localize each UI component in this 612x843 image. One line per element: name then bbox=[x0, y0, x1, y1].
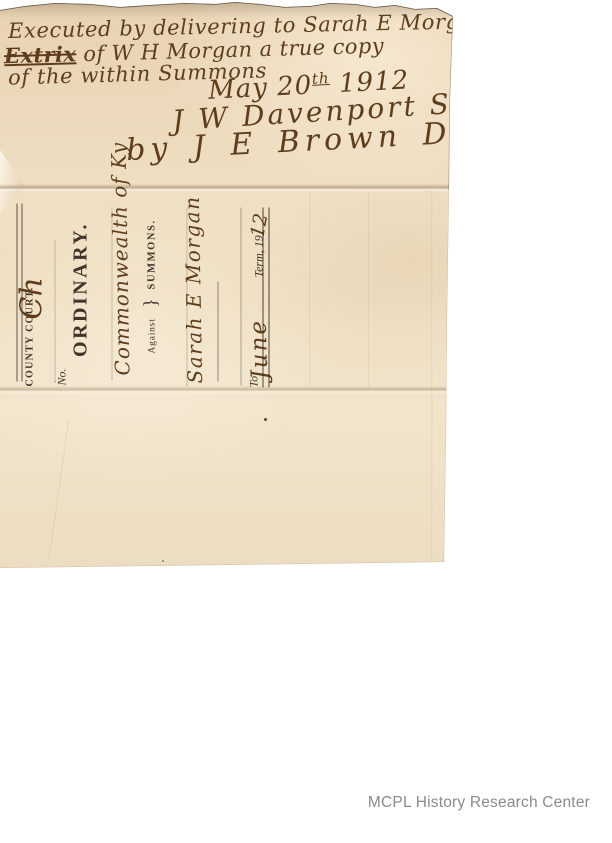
bottom-edge bbox=[0, 562, 444, 568]
archive-credit: MCPL History Research Center bbox=[368, 794, 590, 812]
torn-top-edge bbox=[0, 2, 453, 16]
paper-edge-outline bbox=[0, 0, 455, 570]
right-edge-upper bbox=[449, 16, 453, 190]
right-edge-lower bbox=[444, 190, 449, 562]
scan-background: Executed by delivering to Sarah E Morgan… bbox=[0, 0, 612, 843]
document-paper: Executed by delivering to Sarah E Morgan… bbox=[0, 0, 455, 570]
